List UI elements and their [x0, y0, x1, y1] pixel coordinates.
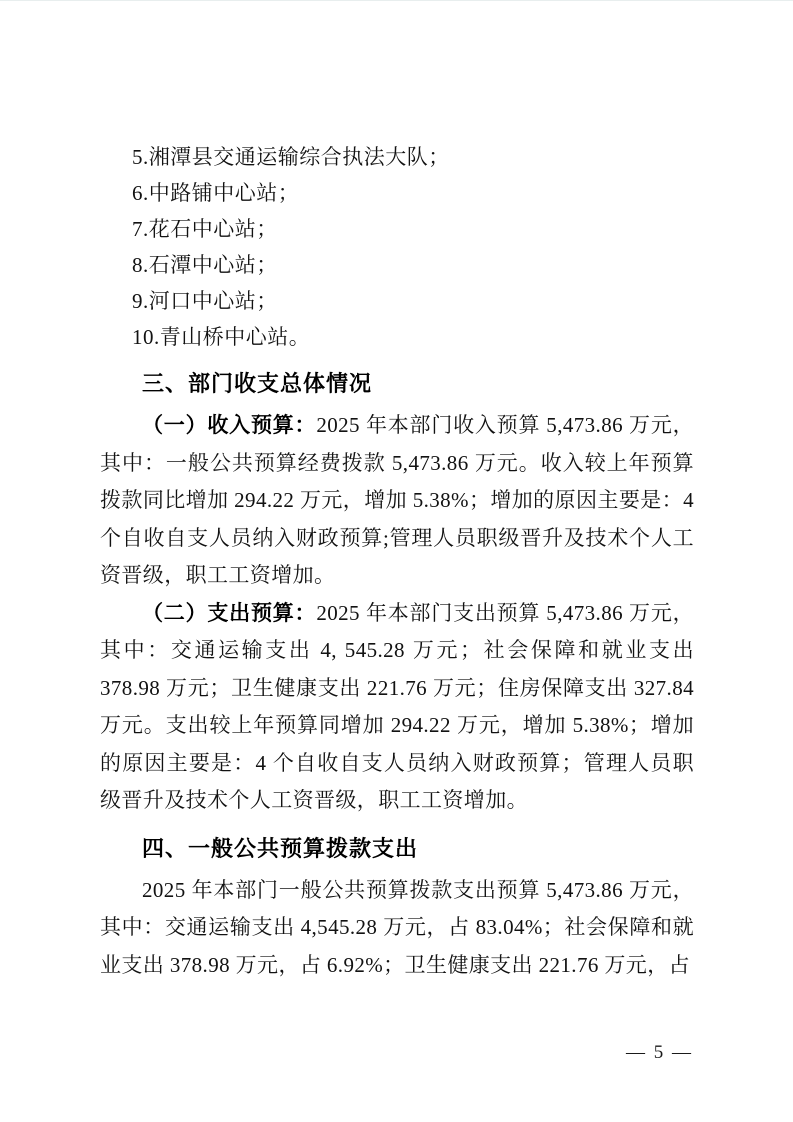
paragraph-expenditure-budget: （二）支出预算：2025 年本部门支出预算 5,473.86 万元，其中：交通运… — [100, 595, 694, 820]
document-content: 5.湘潭县交通运输综合执法大队； 6.中路铺中心站； 7.花石中心站； 8.石潭… — [100, 139, 694, 984]
page-number: — 5 — — [626, 1042, 693, 1064]
paragraph-public-budget-detail: 2025 年本部门一般公共预算拨款支出预算 5,473.86 万元，其中：交通运… — [100, 872, 694, 985]
unit-list: 5.湘潭县交通运输综合执法大队； 6.中路铺中心站； 7.花石中心站； 8.石潭… — [100, 139, 694, 355]
section-heading-public-budget: 四、一般公共预算拨款支出 — [100, 829, 694, 869]
list-item: 5.湘潭县交通运输综合执法大队； — [100, 139, 694, 175]
paragraph-lead: （一）收入预算： — [142, 414, 316, 437]
paragraph-income-budget: （一）收入预算：2025 年本部门收入预算 5,473.86 万元，其中：一般公… — [100, 407, 694, 595]
paragraph-text: 2025 年本部门收入预算 5,473.86 万元，其中：一般公共预算经费拨款 … — [100, 413, 694, 587]
section-heading-overview: 三、部门收支总体情况 — [100, 364, 694, 404]
list-item: 7.花石中心站； — [100, 211, 694, 247]
list-item: 9.河口中心站； — [100, 283, 694, 319]
list-item: 8.石潭中心站； — [100, 247, 694, 283]
paragraph-text: 2025 年本部门支出预算 5,473.86 万元，其中：交通运输支出 4, 5… — [100, 601, 694, 813]
paragraph-text: 2025 年本部门一般公共预算拨款支出预算 5,473.86 万元，其中：交通运… — [100, 878, 694, 977]
document-page: 5.湘潭县交通运输综合执法大队； 6.中路铺中心站； 7.花石中心站； 8.石潭… — [0, 0, 793, 1122]
list-item: 10.青山桥中心站。 — [100, 319, 694, 355]
list-item: 6.中路铺中心站； — [100, 175, 694, 211]
paragraph-lead: （二）支出预算： — [142, 602, 316, 625]
